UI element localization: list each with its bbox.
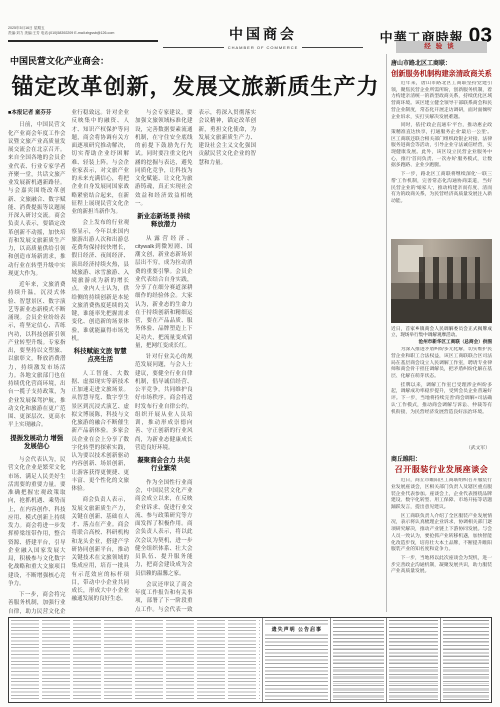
article-subhead: 科技赋能文旅 智慧点亮生活 — [72, 348, 130, 365]
right-article-2: 商丘睢阳： 召开服装行业发展座谈会 近日，商丘市睢阳区工商联组织召开服装行业发展… — [391, 454, 492, 606]
right-photo-article-body: 为深入推进矛盾纠纷多元化解，切实维护民营企业和职工合法权益，该区工商联联合区司法… — [391, 347, 492, 443]
photo-people-silhouettes — [419, 257, 480, 301]
article-paragraph: 近年来，文旅消费持续升温，沉浸式体验、智慧景区、数字演艺等新业态新模式不断涌现。… — [8, 281, 66, 430]
right-photo-article: 近日，首家乡镇商会人民调解委员会正式揭牌成立，现场举行集中调解观摩活动。 沧州市… — [391, 239, 492, 451]
article-paragraph: 商会负责人表示，发展文旅新质生产力，关键在创新、基础在人才、落点在产业。商会将联… — [72, 496, 130, 603]
article-paragraph: 从露营经济、citywalk到微短剧、国潮文创，新业态新场景层出不穷，成为拉动消… — [135, 235, 193, 351]
article-subhead: 凝聚商会合力 共促行业繁荣 — [135, 457, 193, 474]
main-article-headline: 锚定改革创新，发展文旅新质生产力 — [8, 70, 383, 101]
article-subhead: 提振发展动力 增强发展信心 — [8, 435, 66, 452]
article-paragraph: 区工商联负责人介绍了全区服装产业发展情况，表示将认真梳理企业诉求，协调相关部门逐… — [391, 514, 492, 554]
right-article-1-body: 近年来，唐山市路北区工商联坚持党建引领，聚焦民营企业所需所盼，创新服务机制，着力… — [391, 81, 492, 237]
article-paragraph: 为深入推进矛盾纠纷多元化解，切实维护民营企业和职工合法权益，该区工商联联合区司法… — [391, 347, 492, 381]
article-subhead: 新业态新场景 持续释放潜力 — [135, 213, 193, 230]
article-paragraph: 会上发布的行业观察显示，今年以来国内旅游出游人次和出游总花费均保持较快增长，假日… — [72, 219, 130, 343]
right-article-2-body: 近日，商丘市睢阳区工商联组织召开服装行业发展座谈会，区相关部门负责人及辖区重点服… — [391, 478, 492, 606]
article-paragraph: 人工智能、大数据、虚拟现实等新技术正加速走进文旅场景。从智慧导览、数字孪生景区到… — [72, 370, 130, 494]
photo-caption-text: 近日，首家乡镇商会人民调解委员会正式揭牌成立，现场举行集中调解观摩活动。 — [391, 326, 492, 337]
masthead-rule-left — [163, 47, 224, 48]
article-paragraph: 近日，商丘市睢阳区工商联组织召开服装行业发展座谈会，区相关部门负责人及辖区重点服… — [391, 478, 492, 512]
article-paragraph: 针对行业关心的规范发展问题，与会人士建议，要健全行业自律机制，倡导诚信经营、公平… — [135, 353, 193, 452]
classified-notices-box: 遗失声明 公告启事 — [8, 617, 492, 703]
notices-segment-5 — [440, 618, 491, 702]
main-article-flow: 日前，中国民营文化产业商会年度工作会议暨文旅产业高质量发展交流会在北京召开。来自… — [8, 109, 256, 621]
header-meta: 2025年5月16日 星期五 责编:刘力 美编:王芳 电话:(010)58392… — [8, 26, 158, 42]
main-article: 中国民营文化产业商会： 锚定改革创新，发展文旅新质生产力 ■本报记者 童芬芬 日… — [8, 54, 383, 621]
contact-line: 责编:刘力 美编:王芳 电话:(010)58392209 E-mail:zhgs… — [8, 31, 158, 36]
main-article-byline: ■本报记者 童芬芬 — [8, 109, 66, 117]
photo-caption: 近日，首家乡镇商会人民调解委员会正式揭牌成立，现场举行集中调解观摩活动。 沧州市… — [391, 326, 492, 345]
right-article-2-kicker: 商丘睢阳： — [391, 454, 492, 463]
right-column: 经验谈 唐山市路北区工商联： 创新服务机制构建亲清政商关系 近年来，唐山市路北区… — [391, 41, 492, 606]
notices-segment-4 — [386, 618, 441, 702]
main-article-body: ■本报记者 童芬芬 日前，中国民营文化产业商会年度工作会议暨文旅产业高质量发展交… — [8, 109, 383, 621]
column-divider — [386, 54, 387, 612]
photo-table-area — [391, 299, 492, 323]
notices-fine-print-overlay — [389, 620, 439, 700]
photo-credit: 沧州市新华区工商联（总商会）供图 — [391, 339, 492, 345]
notices-fine-print-overlay — [333, 620, 383, 700]
notices-segment-3 — [330, 618, 385, 702]
notices-fine-print-overlay — [443, 620, 489, 700]
section-title: 中国商会 — [163, 24, 363, 44]
notices-segment-2: 遗失声明 公告启事 — [262, 618, 330, 702]
article-paragraph: 下一步，当地将以此次座谈会为契机，进一步完善政企沟通机制，凝聚发展共识，助力服装… — [391, 556, 492, 576]
section-subtitle: CHAMBER OF COMMERCE — [228, 45, 299, 50]
notices-middle-title: 遗失声明 公告启事 — [263, 625, 330, 634]
right-article-1: 唐山市路北区工商联： 创新服务机制构建亲清政商关系 近年来，唐山市路北区工商联坚… — [391, 58, 492, 237]
section-masthead: 中国商会 CHAMBER OF COMMERCE — [163, 24, 363, 50]
news-photo — [391, 239, 492, 323]
article-paragraph: 与会专家建议，要加强文旅领域标准化建设，完善数据要素流通机制，在守住安全底线的前… — [135, 109, 193, 208]
right-article-1-kicker: 唐山市路北区工商联： — [391, 58, 492, 67]
notices-fine-print — [11, 620, 260, 700]
article-paragraph: 作为全国性行业商会，中国民营文化产业商会成立以来，在反映企业诉求、促进行业交流、… — [135, 479, 193, 578]
right-article-2-headline: 召开服装行业发展座谈会 — [391, 465, 492, 475]
masthead-rule-right — [302, 47, 363, 48]
article-paragraph: 与会代表认为，民营文化企业是繁荣文化市场、满足人民美好生活需要的重要力量。要准确… — [8, 456, 66, 588]
article-paragraph: 日前，中国民营文化产业商会年度工作会议暨文旅产业高质量发展交流会在北京召开。来自… — [8, 121, 66, 278]
article-paragraph: 近年来，唐山市路北区工商联坚持党建引领，聚焦民营企业所需所盼，创新服务机制，着力… — [391, 81, 492, 121]
article-paragraph: 挂牌以来，调解工作室已受理涉企纠纷多起，调解成功率稳步提升，受到会员企业普遍好评… — [391, 383, 492, 417]
right-article-1-headline: 创新服务机制构建亲清政商关系 — [391, 69, 492, 78]
main-article-kicker: 中国民营文化产业商会： — [10, 54, 383, 67]
article-paragraph: 下一步，路北区工商联将继续深化'一联三帮'工作机制，完善常态化沟通协商渠道，当好… — [391, 172, 492, 206]
notices-segment-1 — [9, 618, 262, 702]
column-label-badge: 经验谈 — [396, 41, 487, 53]
right-photo-article-byline: （武文军） — [391, 444, 490, 451]
article-paragraph: 同时，依托'政企直通车'平台，推动惠企政策精准直达快享，打通服务企业'最后一公里… — [391, 123, 492, 170]
